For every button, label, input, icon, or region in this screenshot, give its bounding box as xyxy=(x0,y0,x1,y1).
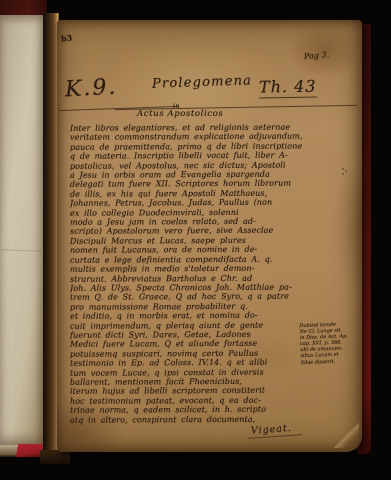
page-crease xyxy=(2,249,42,251)
facing-blank-page xyxy=(0,15,46,445)
spine-bottom-shadow xyxy=(40,450,70,464)
worn-corner xyxy=(329,420,359,448)
closing-flourish: Vigeat. xyxy=(247,422,303,439)
manuscript-page: b3 Pag 3. K.9. Prolegomena Th. 43 Actus … xyxy=(57,20,362,452)
page-number: Pag 3. xyxy=(304,50,330,61)
header-left-mark: K.9. xyxy=(64,75,118,103)
manuscript-photo: b3 Pag 3. K.9. Prolegomena Th. 43 Actus … xyxy=(0,0,391,480)
subtitle-text: Actus Apostolicos xyxy=(137,109,223,119)
header-right-mark: Th. 43 xyxy=(259,76,317,98)
marginal-note: Dubitat tamde Ne Cl. Lange sit. in Diss.… xyxy=(299,321,362,366)
manuscript-line: atq in altero, conspirant clara document… xyxy=(70,414,358,425)
page-subtitle: Actus Apostolicos in xyxy=(137,109,223,119)
page-title: Prolegomena xyxy=(152,73,253,91)
subtitle-insertion: in xyxy=(173,103,180,110)
folio-mark: b3 xyxy=(61,32,73,43)
manuscript-body: Inter libros elegantiores, et ad religio… xyxy=(70,123,358,425)
